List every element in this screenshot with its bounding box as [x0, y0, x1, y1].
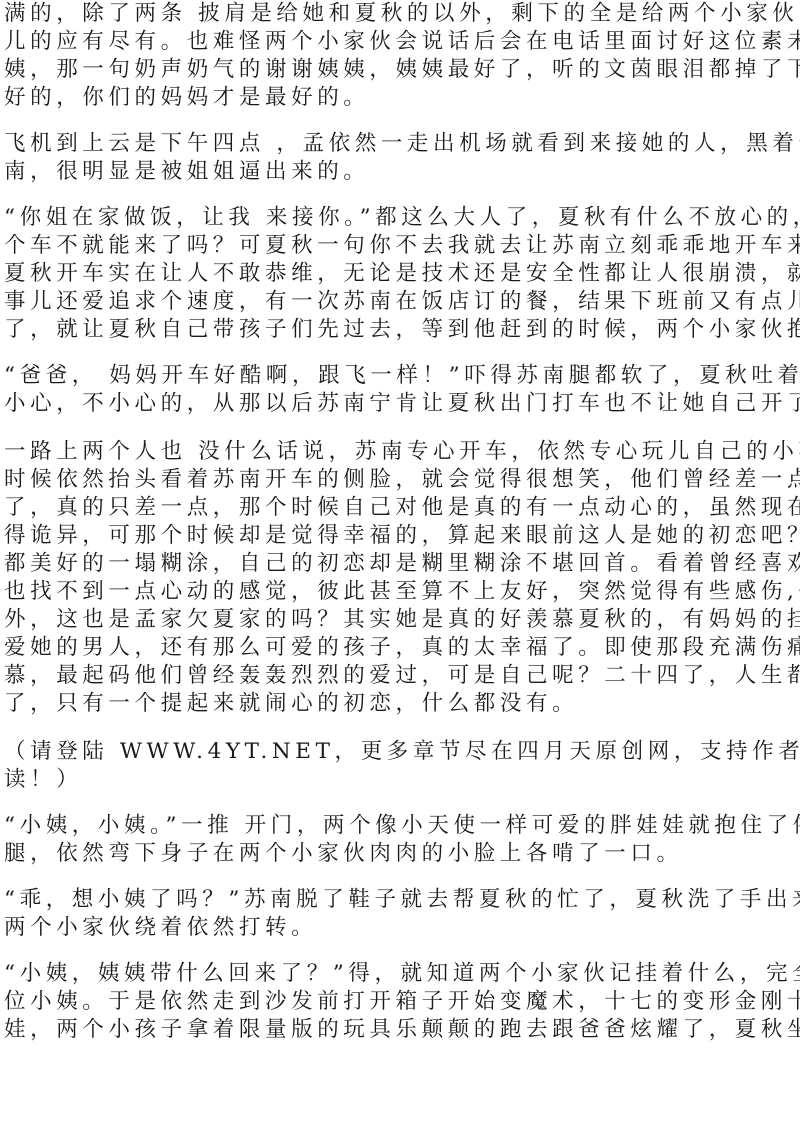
- text-line: 南，很明显是被姐姐逼出来的。: [4, 158, 369, 186]
- text-line: 爱她的男人，还有那么可爱的孩子，真的太幸福了。即使那段充满伤痛的爱她也羡: [4, 634, 800, 662]
- text-line: “小姨，姨姨带什么回来了？”得，就知道两个小家伙记挂着什么，完全不是她这: [4, 960, 800, 988]
- text-line: 了，就让夏秋自己带孩子们先过去，等到他赶到的时候，两个小家伙抱着他嚷嚷。: [4, 316, 800, 344]
- text-line: 小心，不小心的，从那以后苏南宁肯让夏秋出门打车也不让她自己开了。: [4, 390, 800, 418]
- text-line: 姨，那一句奶声奶气的谢谢姨姨，姨姨最好了，听的文茵眼泪都掉了下来。姨姨不: [4, 56, 800, 84]
- text-line: 飞机到上云是下午四点 ，孟依然一走出机场就看到来接她的人，黑着一张脸的苏: [4, 130, 800, 158]
- text-line: 腿，依然弯下身子在两个小家伙肉肉的小脸上各啃了一口。: [4, 840, 683, 868]
- text-line: 满的，除了两条 披肩是给她和夏秋的以外，剩下的全是给两个小家伙的，穿的玩: [4, 0, 800, 28]
- text-line: 外，这也是孟家欠夏家的吗？其实她是真的好羡慕夏秋的，有妈妈的挂念，有这么: [4, 606, 800, 634]
- text-line: 时候依然抬头看着苏南开车的侧脸，就会觉得很想笑，他们曾经差一点就要结婚: [4, 466, 800, 494]
- text-line: 位小姨。于是依然走到沙发前打开箱子开始变魔术，十七的变形金刚十八的芭比娃: [4, 988, 800, 1016]
- site-notice-line: 读！）: [4, 766, 82, 794]
- text-line: 都美好的一塌糊涂，自己的初恋却是糊里糊涂不堪回首。看着曾经喜欢过的人却再: [4, 550, 800, 578]
- text-line: 了，只有一个提起来就闹心的初恋，什么都没有。: [4, 690, 578, 718]
- text-line: 好的，你们的妈妈才是最好的。: [4, 84, 369, 112]
- text-line: 事儿还爱追求个速度，有一次苏南在饭店订的餐，结果下班前又有点儿事儿耽搁: [4, 288, 800, 316]
- text-line: 也找不到一点心动的感觉，彼此甚至算不上友好，突然觉得有些感伤,依然看着窗: [4, 578, 800, 606]
- text-line: 儿的应有尽有。也难怪两个小家伙会说话后会在电话里面讨好这位素未蒙面的姨: [4, 28, 800, 56]
- text-line: “你姐在家做饭，让我 来接你。”都这么大人了，夏秋有什么不放心的，自己打: [4, 204, 800, 232]
- text-line: 夏秋开车实在让人不敢恭维，无论是技术还是安全性都让人很崩溃，就这水平还没: [4, 260, 800, 288]
- text-line: 两个小家伙绕着依然打转。: [4, 914, 317, 942]
- text-line: 得诡异，可那个时候却是觉得幸福的，算起来眼前这人是她的初恋吧？别人的初恋: [4, 522, 800, 550]
- text-line: “乖，想小姨了吗？”苏南脱了鞋子就去帮夏秋的忙了，夏秋洗了手出来，就看到: [4, 886, 800, 914]
- text-line: 一路上两个人也 没什么话说，苏南专心开车，依然专心玩儿自己的小苹果，有的: [4, 438, 800, 466]
- text-line: 了，真的只差一点，那个时候自己对他是真的有一点动心的，虽然现在想起来会觉: [4, 494, 800, 522]
- site-notice-line: （请登陆 WWW.4YT.NET，更多章节尽在四月天原创网，支持作者，支持正版阅: [4, 738, 800, 766]
- text-line: 个车不就能来了吗？可夏秋一句你不去我就去让苏南立刻乖乖地开车来了，说实话: [4, 232, 800, 260]
- text-line: “爸爸， 妈妈开车好酷啊，跟飞一样！”吓得苏南腿都软了，夏秋吐着舌头，不: [4, 362, 800, 390]
- text-line: 娃，两个小孩子拿着限量版的玩具乐颠颠的跑去跟爸爸炫耀了，夏秋坐在依然旁: [4, 1016, 800, 1044]
- text-line: 慕，最起码他们曾经轰轰烈烈的爱过，可是自己呢？二十四了，人生都过了两轮: [4, 662, 800, 690]
- text-line: “小姨，小姨。”一推 开门，两个像小天使一样可爱的胖娃娃就抱住了依然的: [4, 812, 800, 840]
